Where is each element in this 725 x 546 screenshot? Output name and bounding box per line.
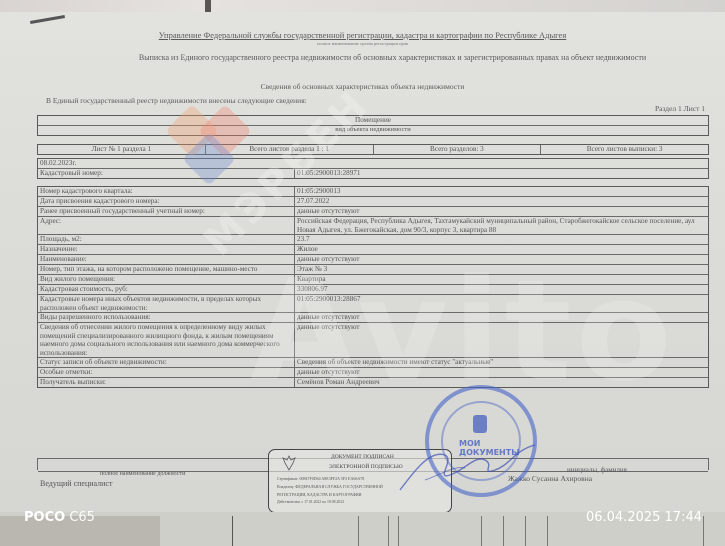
field-label: Вид жилого помещения: bbox=[38, 275, 295, 284]
characteristics-table: Номер кадастрового квартала:01:05:290001… bbox=[37, 186, 709, 388]
field-label: Виды разрешенного использования: bbox=[38, 313, 295, 322]
field-value: данные отсутствуют bbox=[295, 368, 708, 377]
field-value: данные отсутствуют bbox=[295, 313, 708, 322]
camera-watermark-brand: POCO C65 bbox=[24, 510, 95, 525]
field-label: Ранее присвоенный государственный учетны… bbox=[38, 207, 295, 216]
field-row: Особые отметки:данные отсутствуют bbox=[38, 368, 708, 378]
field-label: Номер, тип этажа, на котором расположено… bbox=[38, 265, 295, 274]
field-value: 01:05:2900013 bbox=[295, 187, 708, 196]
initials-caption: инициалы, фамилия bbox=[567, 466, 627, 474]
field-row: Кадастровые номера иных объектов недвижи… bbox=[38, 295, 708, 313]
field-row: Ранее присвоенный государственный учетны… bbox=[38, 207, 708, 217]
field-value: Жилое bbox=[295, 245, 708, 254]
ecp-line-1: ДОКУМЕНТ ПОДПИСАН bbox=[331, 454, 394, 460]
ecp-validity: Действителен: с 17.01.2022 по 18.08.2023 bbox=[277, 500, 344, 504]
cadastral-number: 01:05:2900013:28971 bbox=[295, 169, 708, 178]
ecp-owner: Владелец: ФЕДЕРАЛЬНАЯ СЛУЖБА ГОСУДАРСТВЕ… bbox=[277, 484, 383, 489]
field-label: Площадь, м2: bbox=[38, 235, 295, 244]
field-label: Адрес: bbox=[38, 217, 295, 234]
binder-tab bbox=[205, 0, 211, 12]
signer-position: Ведущий специалист bbox=[40, 479, 112, 488]
sections-total: Всего разделов: 3 bbox=[374, 145, 542, 154]
field-label: Статус записи об объекте недвижимости: bbox=[38, 358, 295, 367]
field-row: Номер кадастрового квартала:01:05:290001… bbox=[38, 187, 708, 197]
object-type: Помещение bbox=[38, 116, 708, 125]
ecp-line-2: ЭЛЕКТРОННОЙ ПОДПИСЬЮ bbox=[329, 464, 403, 470]
field-label: Особые отметки: bbox=[38, 368, 295, 377]
document-title: Выписка из Единого государственного реес… bbox=[60, 53, 725, 62]
field-value: Сведения об объекте недвижимости имеют с… bbox=[295, 358, 708, 367]
field-row: Виды разрешенного использования:данные о… bbox=[38, 313, 708, 323]
cadastral-number-label: Кадастровый номер: bbox=[38, 169, 295, 178]
section-title: Сведения об основных характеристиках объ… bbox=[0, 82, 725, 91]
field-label: Наименование: bbox=[38, 255, 295, 264]
field-label: Назначение: bbox=[38, 245, 295, 254]
intro-text: В Единый государственный реестр недвижим… bbox=[46, 96, 307, 105]
field-label: Сведения об отнесении жилого помещения к… bbox=[38, 323, 295, 357]
field-label: Номер кадастрового квартала: bbox=[38, 187, 295, 196]
field-row: Площадь, м2:23.7 bbox=[38, 235, 708, 245]
field-label: Кадастровые номера иных объектов недвижи… bbox=[38, 295, 295, 312]
field-row: Назначение:Жилое bbox=[38, 245, 708, 255]
field-row: Наименование:данные отсутствуют bbox=[38, 255, 708, 265]
sheet-info-table: Лист № 1 раздела 1 Всего листов раздела … bbox=[37, 144, 709, 155]
field-row: Дата присвоения кадастрового номера:27.0… bbox=[38, 197, 708, 207]
field-value: данные отсутствуют bbox=[295, 207, 708, 216]
section-sheet-label: Раздел 1 Лист 1 bbox=[655, 104, 705, 113]
field-row: Номер, тип этажа, на котором расположено… bbox=[38, 265, 708, 275]
field-value: данные отсутствуют bbox=[295, 255, 708, 264]
object-type-caption: вид объекта недвижимости bbox=[38, 126, 708, 135]
field-row: Статус записи об объекте недвижимости:Св… bbox=[38, 358, 708, 368]
field-value: Этаж № 3 bbox=[295, 265, 708, 274]
section-sheets-total: Всего листов раздела 1 : 1 bbox=[206, 145, 374, 154]
camera-timestamp: 06.04.2025 17:44 bbox=[586, 510, 702, 525]
ecp-owner-cont: РЕГИСТРАЦИИ, КАДАСТРА И КАРТОГРАФИИ bbox=[277, 492, 362, 497]
issuer-caption: полное наименование органа регистрации п… bbox=[0, 41, 725, 46]
field-value: 23.7 bbox=[295, 235, 708, 244]
field-row: Кадастровая стоимость, руб:330806.97 bbox=[38, 285, 708, 295]
field-value: Семёнов Роман Андреевич bbox=[295, 378, 708, 387]
field-value: Российская Федерация, Республика Адыгея,… bbox=[295, 217, 708, 234]
extract-sheets-total: Всего листов выписки: 3 bbox=[541, 145, 708, 154]
object-type-table: Помещение вид объекта недвижимости bbox=[37, 115, 709, 136]
field-label: Получатель выписки: bbox=[38, 378, 295, 387]
field-value: 27.07.2022 bbox=[295, 197, 708, 206]
eagle-emblem-icon bbox=[281, 454, 297, 472]
position-caption: полное наименование должности bbox=[100, 471, 185, 477]
field-value: 330806.97 bbox=[295, 285, 708, 294]
field-row: Сведения об отнесении жилого помещения к… bbox=[38, 323, 708, 358]
issuer-name: Управление Федеральной службы государств… bbox=[0, 30, 725, 40]
sheet-number: Лист № 1 раздела 1 bbox=[38, 145, 206, 154]
field-value: Квартира bbox=[295, 275, 708, 284]
field-label: Дата присвоения кадастрового номера: bbox=[38, 197, 295, 206]
field-row: Получатель выписки:Семёнов Роман Андреев… bbox=[38, 378, 708, 387]
field-row: Вид жилого помещения:Квартира bbox=[38, 275, 708, 285]
ecp-certificate: Сертификат: 00847F0D64 A8E3FF2A 5F3 EA66… bbox=[277, 476, 364, 481]
field-row: Адрес:Российская Федерация, Республика А… bbox=[38, 217, 708, 235]
date-table: 08.02.2023г. Кадастровый номер: 01:05:29… bbox=[37, 158, 709, 179]
field-value: 01:05:2900013:28867 bbox=[295, 295, 708, 312]
extract-date: 08.02.2023г. bbox=[38, 159, 78, 168]
field-value: данные отсутствуют bbox=[295, 323, 708, 357]
field-label: Кадастровая стоимость, руб: bbox=[38, 285, 295, 294]
handwritten-signature bbox=[395, 420, 545, 500]
